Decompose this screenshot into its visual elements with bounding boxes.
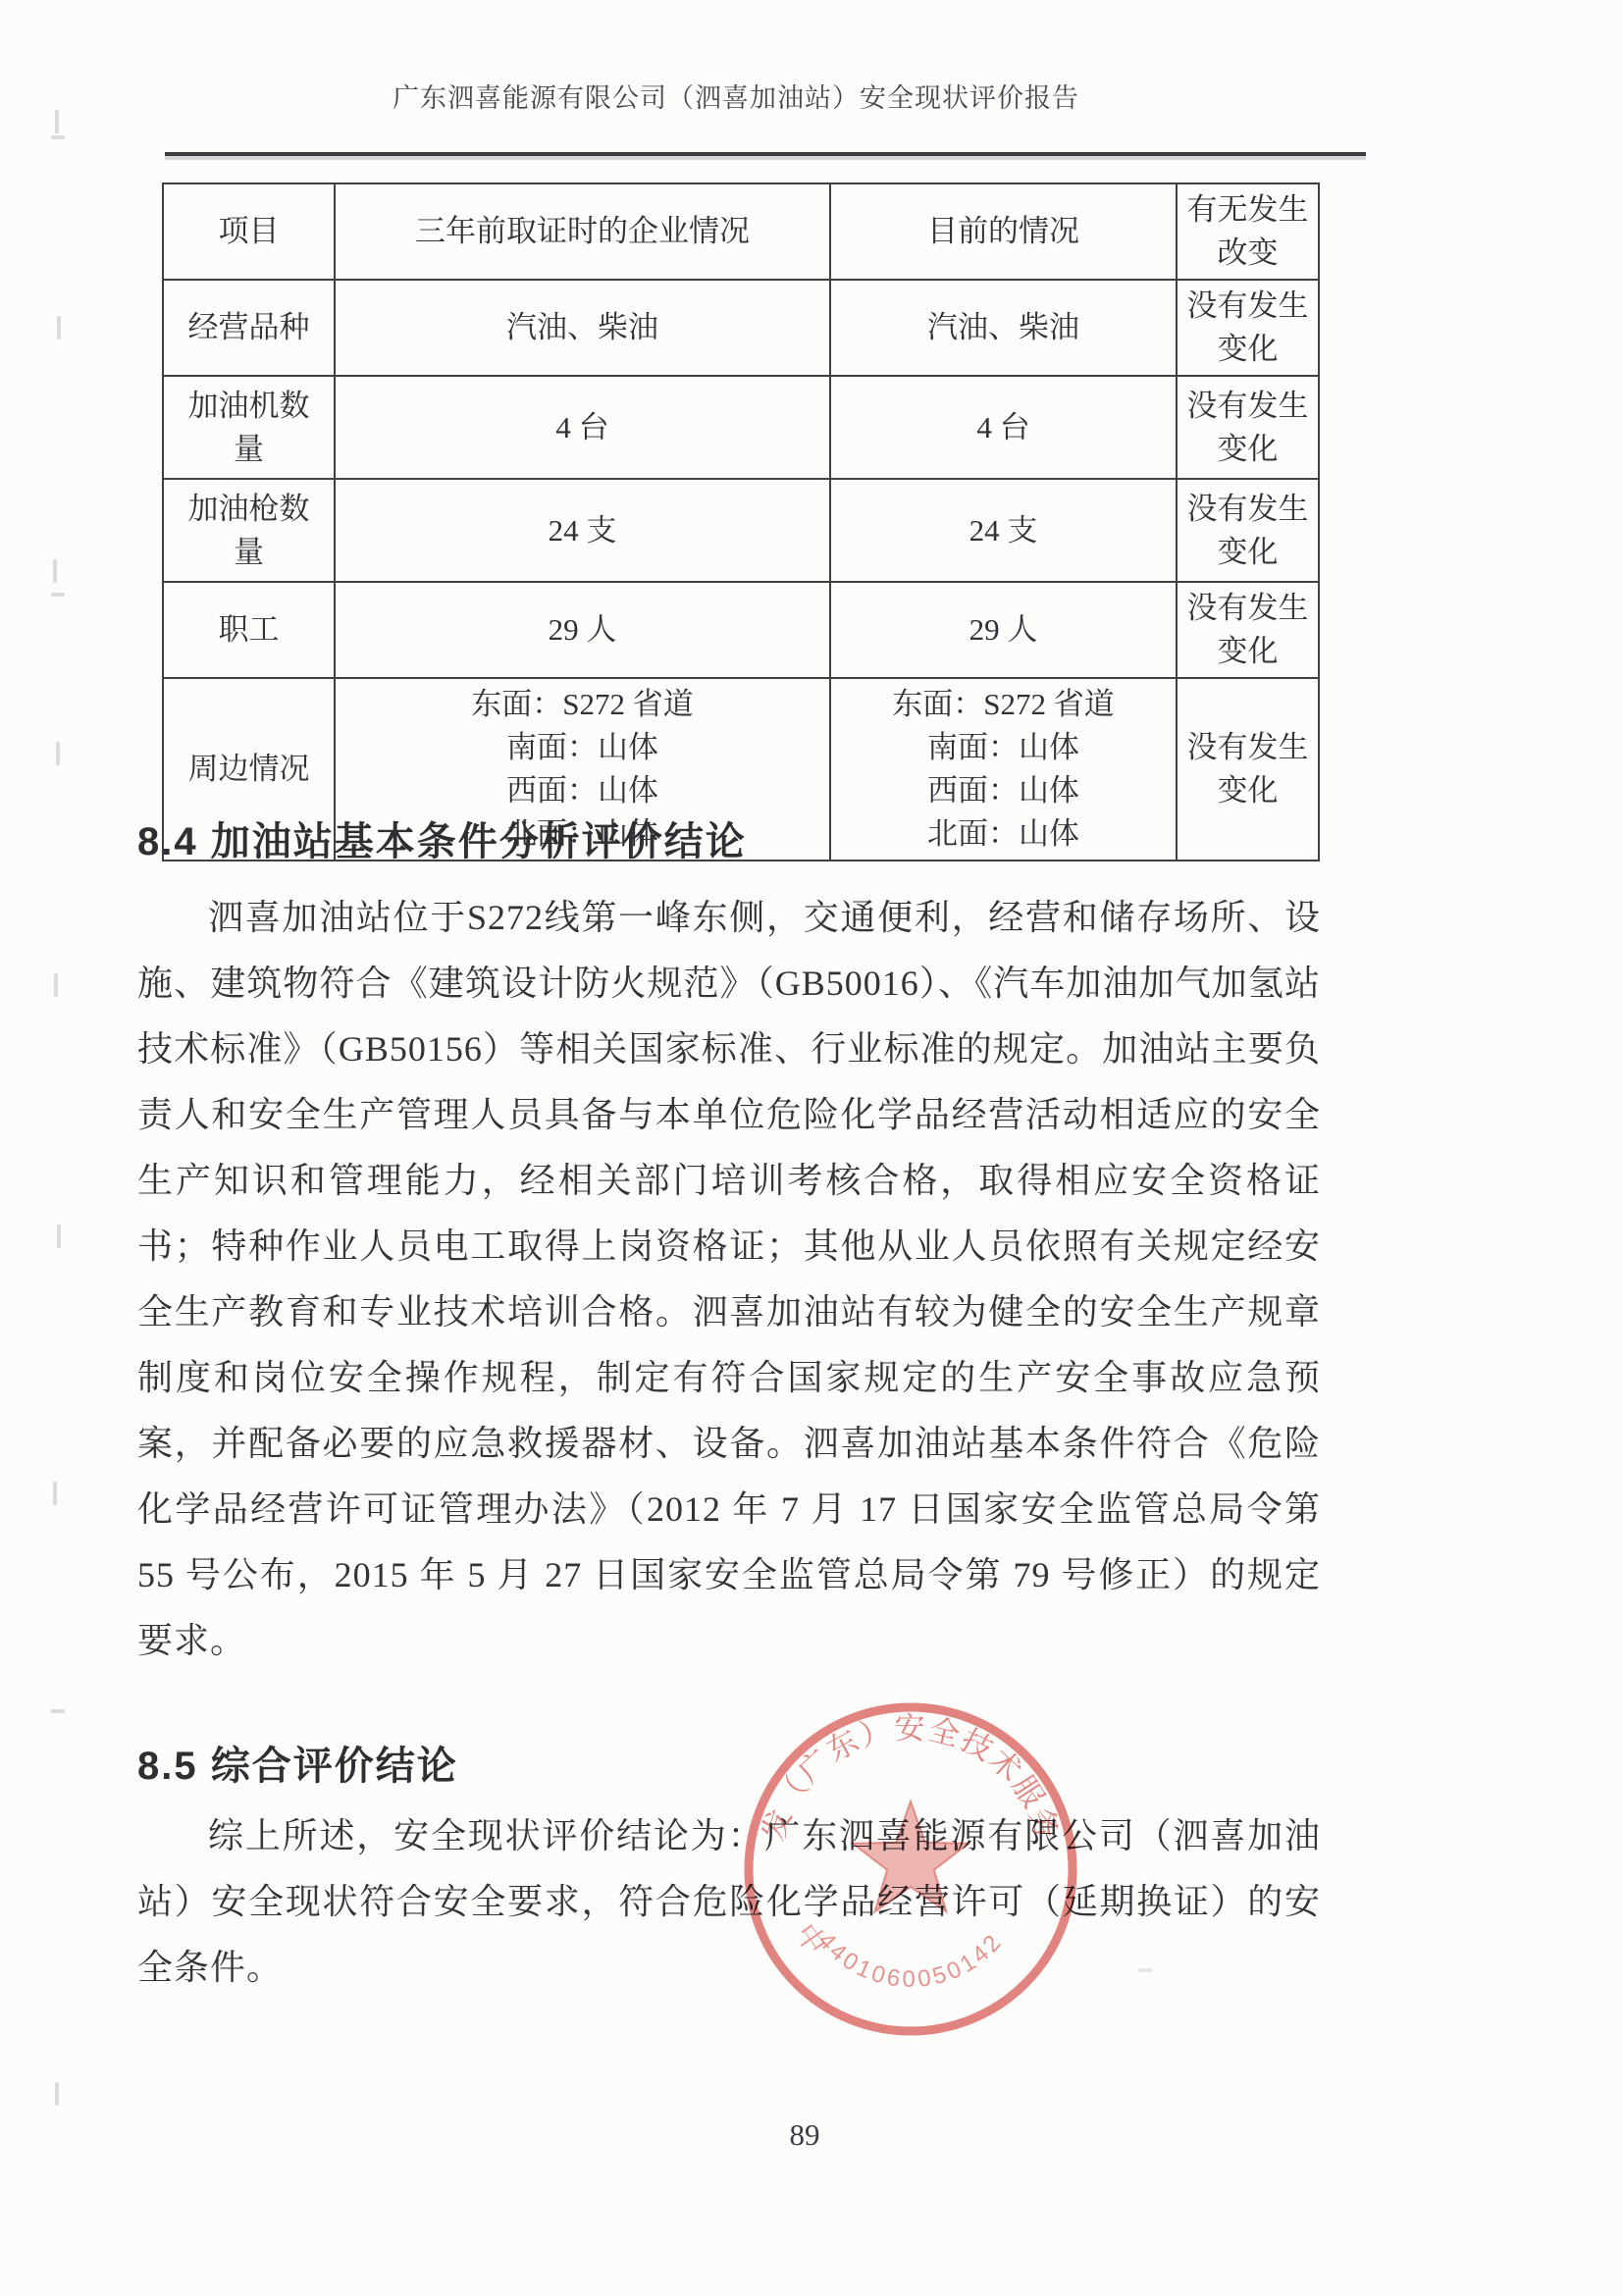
header-cell-item: 项目 — [163, 183, 335, 280]
table-row: 加油枪数量 24 支 24 支 没有发生变化 — [163, 479, 1319, 582]
cell-before: 4 台 — [335, 376, 830, 479]
scan-artifact — [51, 135, 65, 139]
section-heading-8-5: 8.5 综合评价结论 — [137, 1735, 458, 1791]
cell-before: 29 人 — [335, 582, 830, 678]
report-header-title: 广东泗喜能源有限公司（泗喜加油站）安全现状评价报告 — [0, 77, 1472, 115]
cell-changed: 没有发生变化 — [1177, 678, 1319, 861]
cell-changed: 没有发生变化 — [1177, 280, 1319, 376]
cell-current: 东面：S272 省道南面：山体西面：山体北面：山体 — [830, 678, 1177, 861]
scan-artifact — [1138, 1968, 1152, 1972]
scan-artifact — [53, 1482, 57, 1505]
scan-artifact — [51, 593, 65, 597]
section-paragraph-8-4: 泗喜加油站位于S272线第一峰东侧，交通便利，经营和储存场所、设施、建筑物符合《… — [137, 885, 1321, 1674]
cell-current: 29 人 — [830, 582, 1177, 678]
cell-before: 24 支 — [335, 479, 830, 582]
header-cell-changed: 有无发生改变 — [1177, 183, 1319, 280]
cell-changed: 没有发生变化 — [1177, 376, 1319, 479]
cell-item: 加油机数量 — [163, 376, 335, 479]
scan-artifact — [55, 110, 59, 133]
header-cell-current: 目前的情况 — [830, 183, 1177, 280]
scan-artifact — [51, 1709, 65, 1713]
scan-artifact — [57, 316, 61, 339]
cell-changed: 没有发生变化 — [1177, 479, 1319, 582]
cell-changed: 没有发生变化 — [1177, 582, 1319, 678]
cell-item: 职工 — [163, 582, 335, 678]
scan-artifact — [55, 2082, 59, 2106]
scan-artifact — [56, 742, 60, 765]
scan-artifact — [54, 973, 58, 997]
table-header-row: 项目 三年前取证时的企业情况 目前的情况 有无发生改变 — [163, 183, 1319, 280]
page-number: 89 — [0, 2117, 1609, 2153]
cell-current: 24 支 — [830, 479, 1177, 582]
table-row: 职工 29 人 29 人 没有发生变化 — [163, 582, 1319, 678]
table-row: 加油机数量 4 台 4 台 没有发生变化 — [163, 376, 1319, 479]
cell-item: 经营品种 — [163, 280, 335, 376]
scan-artifact — [57, 1225, 61, 1248]
cell-current: 汽油、柴油 — [830, 280, 1177, 376]
cell-current: 4 台 — [830, 376, 1177, 479]
header-cell-before: 三年前取证时的企业情况 — [335, 183, 830, 280]
table-row: 经营品种 汽油、柴油 汽油、柴油 没有发生变化 — [163, 280, 1319, 376]
section-heading-8-4: 8.4 加油站基本条件分析评价结论 — [137, 810, 747, 866]
cell-item: 加油枪数量 — [163, 479, 335, 582]
cell-before: 汽油、柴油 — [335, 280, 830, 376]
conditions-comparison-table: 项目 三年前取证时的企业情况 目前的情况 有无发生改变 经营品种 汽油、柴油 汽… — [162, 183, 1320, 861]
header-rule — [165, 152, 1366, 156]
document-page: 广东泗喜能源有限公司（泗喜加油站）安全现状评价报告 项目 三年前取证时的企业情况… — [0, 0, 1623, 2296]
scan-artifact — [53, 559, 57, 583]
